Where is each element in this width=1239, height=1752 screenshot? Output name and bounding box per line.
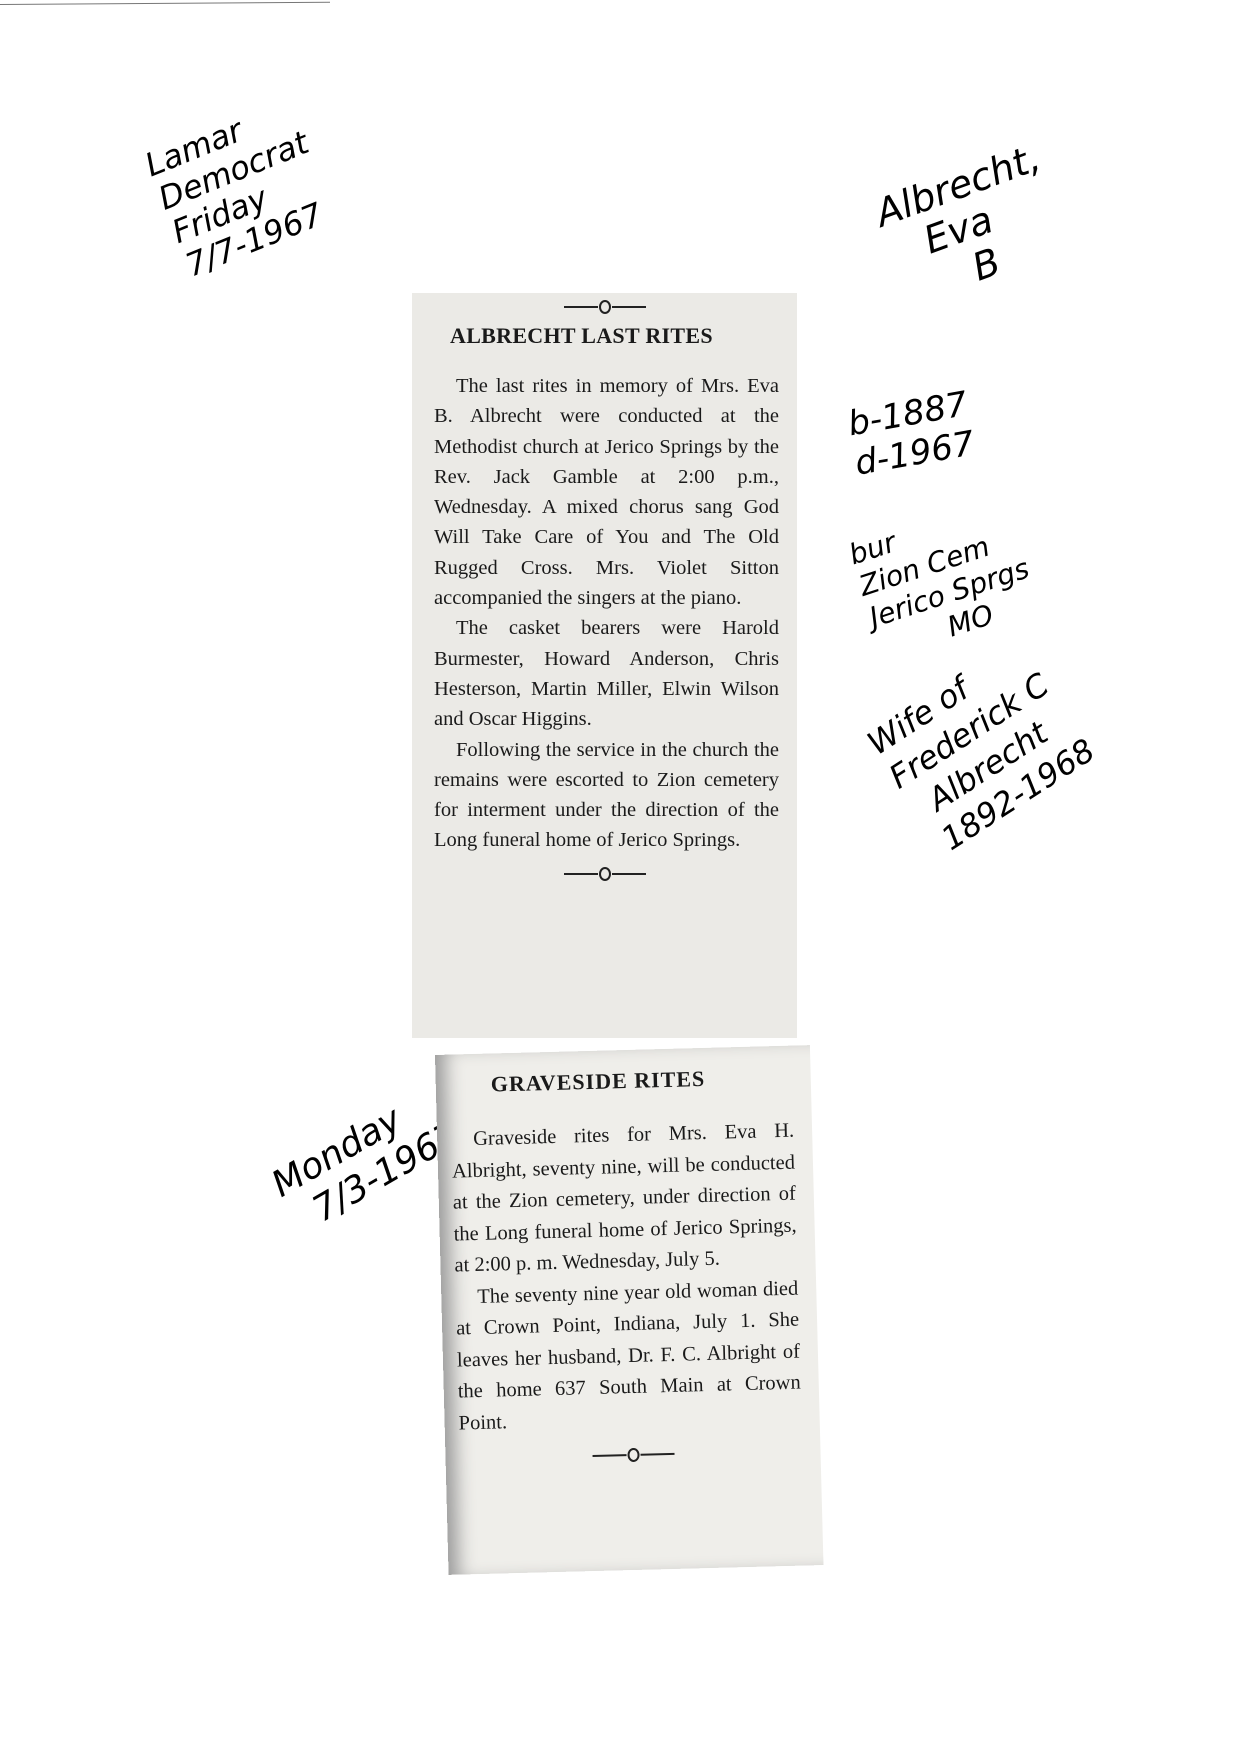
handwritten-name-note: Albrecht, Eva B bbox=[870, 136, 1074, 313]
scan-edge-line bbox=[0, 2, 330, 5]
top-rule-ornament bbox=[412, 299, 797, 315]
clipping-paragraph: Graveside rites for Mrs. Eva H. Albright… bbox=[451, 1116, 798, 1282]
clipping-paragraph: Following the service in the church the … bbox=[434, 735, 779, 856]
clipping-body: The last rites in memory of Mrs. Eva B. … bbox=[412, 371, 797, 856]
handwritten-source-note: Lamar Democrat Friday 7/7-1967 bbox=[140, 91, 340, 284]
bottom-rule-ornament bbox=[412, 866, 797, 882]
bottom-rule-ornament bbox=[445, 1442, 820, 1468]
clipping-paragraph: The seventy nine year old woman died at … bbox=[455, 1273, 802, 1439]
handwritten-spouse-note: Wife of Frederick C Albrecht 1892-1968 bbox=[860, 629, 1102, 864]
clipping-albrecht-last-rites: ALBRECHT LAST RITES The last rites in me… bbox=[412, 293, 797, 1038]
clipping-body: Graveside rites for Mrs. Eva H. Albright… bbox=[437, 1115, 820, 1440]
clipping-headline: GRAVESIDE RITES bbox=[490, 1063, 811, 1097]
clipping-headline: ALBRECHT LAST RITES bbox=[450, 323, 797, 349]
clipping-paragraph: The last rites in memory of Mrs. Eva B. … bbox=[434, 371, 779, 613]
handwritten-dates-note: b-1887 d-1967 bbox=[845, 384, 977, 484]
clipping-graveside-rites: GRAVESIDE RITES Graveside rites for Mrs.… bbox=[435, 1045, 823, 1575]
clipping-paragraph: The casket bearers were Harold Burmester… bbox=[434, 613, 779, 734]
